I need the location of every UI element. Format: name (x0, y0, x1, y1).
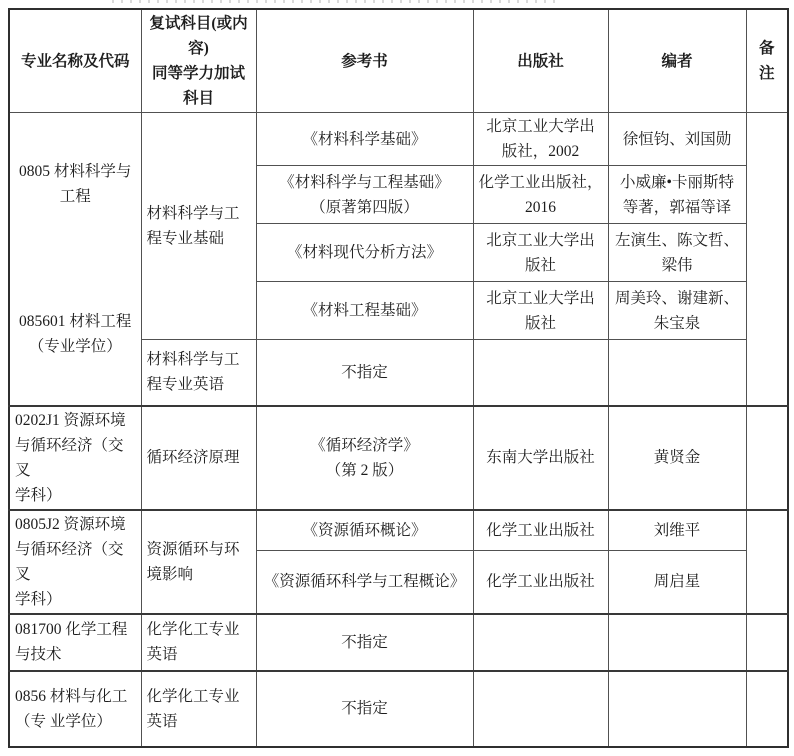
header-publisher: 出版社 (473, 9, 608, 113)
spacer (15, 234, 136, 284)
publisher-cell-empty (473, 614, 608, 671)
subject-cell: 循环经济原理 (141, 406, 256, 510)
publisher-cell: 东南大学出版社 (473, 406, 608, 510)
publisher-cell: 化学工业出版社 (473, 510, 608, 551)
editor-cell-empty (608, 340, 746, 406)
table-row: 0805J2 资源环境 与循环经济（交叉 学科） 资源循环与环 境影响 《资源循… (9, 510, 788, 551)
major-cell: 0805 材料科学与 工程 085601 材料工程 （专业学位） (9, 113, 141, 406)
header-major: 专业名称及代码 (9, 9, 141, 113)
reference-books-table: 专业名称及代码 复试科目(或内 容) 同等学力加试 科目 参考书 出版社 编者 … (8, 8, 789, 748)
book-cell: 《材料科学基础》 (256, 113, 473, 166)
editor-cell: 小威廉•卡丽斯特 等著，郭福等译 (608, 166, 746, 224)
subject-cell: 化学化工专业 英语 (141, 614, 256, 671)
publisher-cell-empty (473, 340, 608, 406)
major-code-primary: 0805 材料科学与 工程 (15, 159, 136, 209)
major-code-secondary: 085601 材料工程 （专业学位） (15, 309, 136, 359)
table-row: 0805 材料科学与 工程 085601 材料工程 （专业学位） 材料科学与工 … (9, 113, 788, 166)
publisher-cell: 北京工业大学出 版社，2002 (473, 113, 608, 166)
publisher-cell-empty (473, 671, 608, 747)
book-cell: 《材料现代分析方法》 (256, 224, 473, 282)
header-remark: 备 注 (746, 9, 788, 113)
publisher-cell: 化学工业出版社 (473, 551, 608, 614)
publisher-cell: 北京工业大学出 版社 (473, 282, 608, 340)
book-cell: 《资源循环科学与工程概论》 (256, 551, 473, 614)
subject-cell: 化学化工专业 英语 (141, 671, 256, 747)
table-row: 081700 化学工程 与技术 化学化工专业 英语 不指定 (9, 614, 788, 671)
remark-cell (746, 113, 788, 406)
book-cell: 不指定 (256, 671, 473, 747)
subject-cell: 材料科学与工 程专业英语 (141, 340, 256, 406)
editor-cell-empty (608, 671, 746, 747)
header-editor: 编者 (608, 9, 746, 113)
book-cell: 不指定 (256, 340, 473, 406)
editor-cell: 周启星 (608, 551, 746, 614)
major-cell: 0856 材料与化工 （专 业学位） (9, 671, 141, 747)
book-cell: 《资源循环概论》 (256, 510, 473, 551)
editor-cell: 徐恒钧、刘国勋 (608, 113, 746, 166)
table-row: 0856 材料与化工 （专 业学位） 化学化工专业 英语 不指定 (9, 671, 788, 747)
publisher-cell: 化学工业出版社， 2016 (473, 166, 608, 224)
publisher-cell: 北京工业大学出 版社 (473, 224, 608, 282)
major-cell: 0202J1 资源环境 与循环经济（交叉 学科） (9, 406, 141, 510)
table-row: 0202J1 资源环境 与循环经济（交叉 学科） 循环经济原理 《循环经济学》 … (9, 406, 788, 510)
major-cell: 0805J2 资源环境 与循环经济（交叉 学科） (9, 510, 141, 614)
book-cell: 《材料工程基础》 (256, 282, 473, 340)
book-cell: 不指定 (256, 614, 473, 671)
editor-cell-empty (608, 614, 746, 671)
remark-cell (746, 671, 788, 747)
major-cell: 081700 化学工程 与技术 (9, 614, 141, 671)
cropped-text-remnant (112, 0, 562, 3)
editor-cell: 黄贤金 (608, 406, 746, 510)
subject-cell: 资源循环与环 境影响 (141, 510, 256, 614)
subject-cell: 材料科学与工 程专业基础 (141, 113, 256, 340)
header-book: 参考书 (256, 9, 473, 113)
remark-cell (746, 510, 788, 614)
header-row: 专业名称及代码 复试科目(或内 容) 同等学力加试 科目 参考书 出版社 编者 … (9, 9, 788, 113)
book-cell: 《循环经济学》 （第 2 版） (256, 406, 473, 510)
header-subject: 复试科目(或内 容) 同等学力加试 科目 (141, 9, 256, 113)
editor-cell: 周美玲、谢建新、 朱宝泉 (608, 282, 746, 340)
remark-cell (746, 406, 788, 510)
editor-cell: 左演生、陈文哲、 梁伟 (608, 224, 746, 282)
editor-cell: 刘维平 (608, 510, 746, 551)
book-cell: 《材料科学与工程基础》 （原著第四版） (256, 166, 473, 224)
remark-cell (746, 614, 788, 671)
